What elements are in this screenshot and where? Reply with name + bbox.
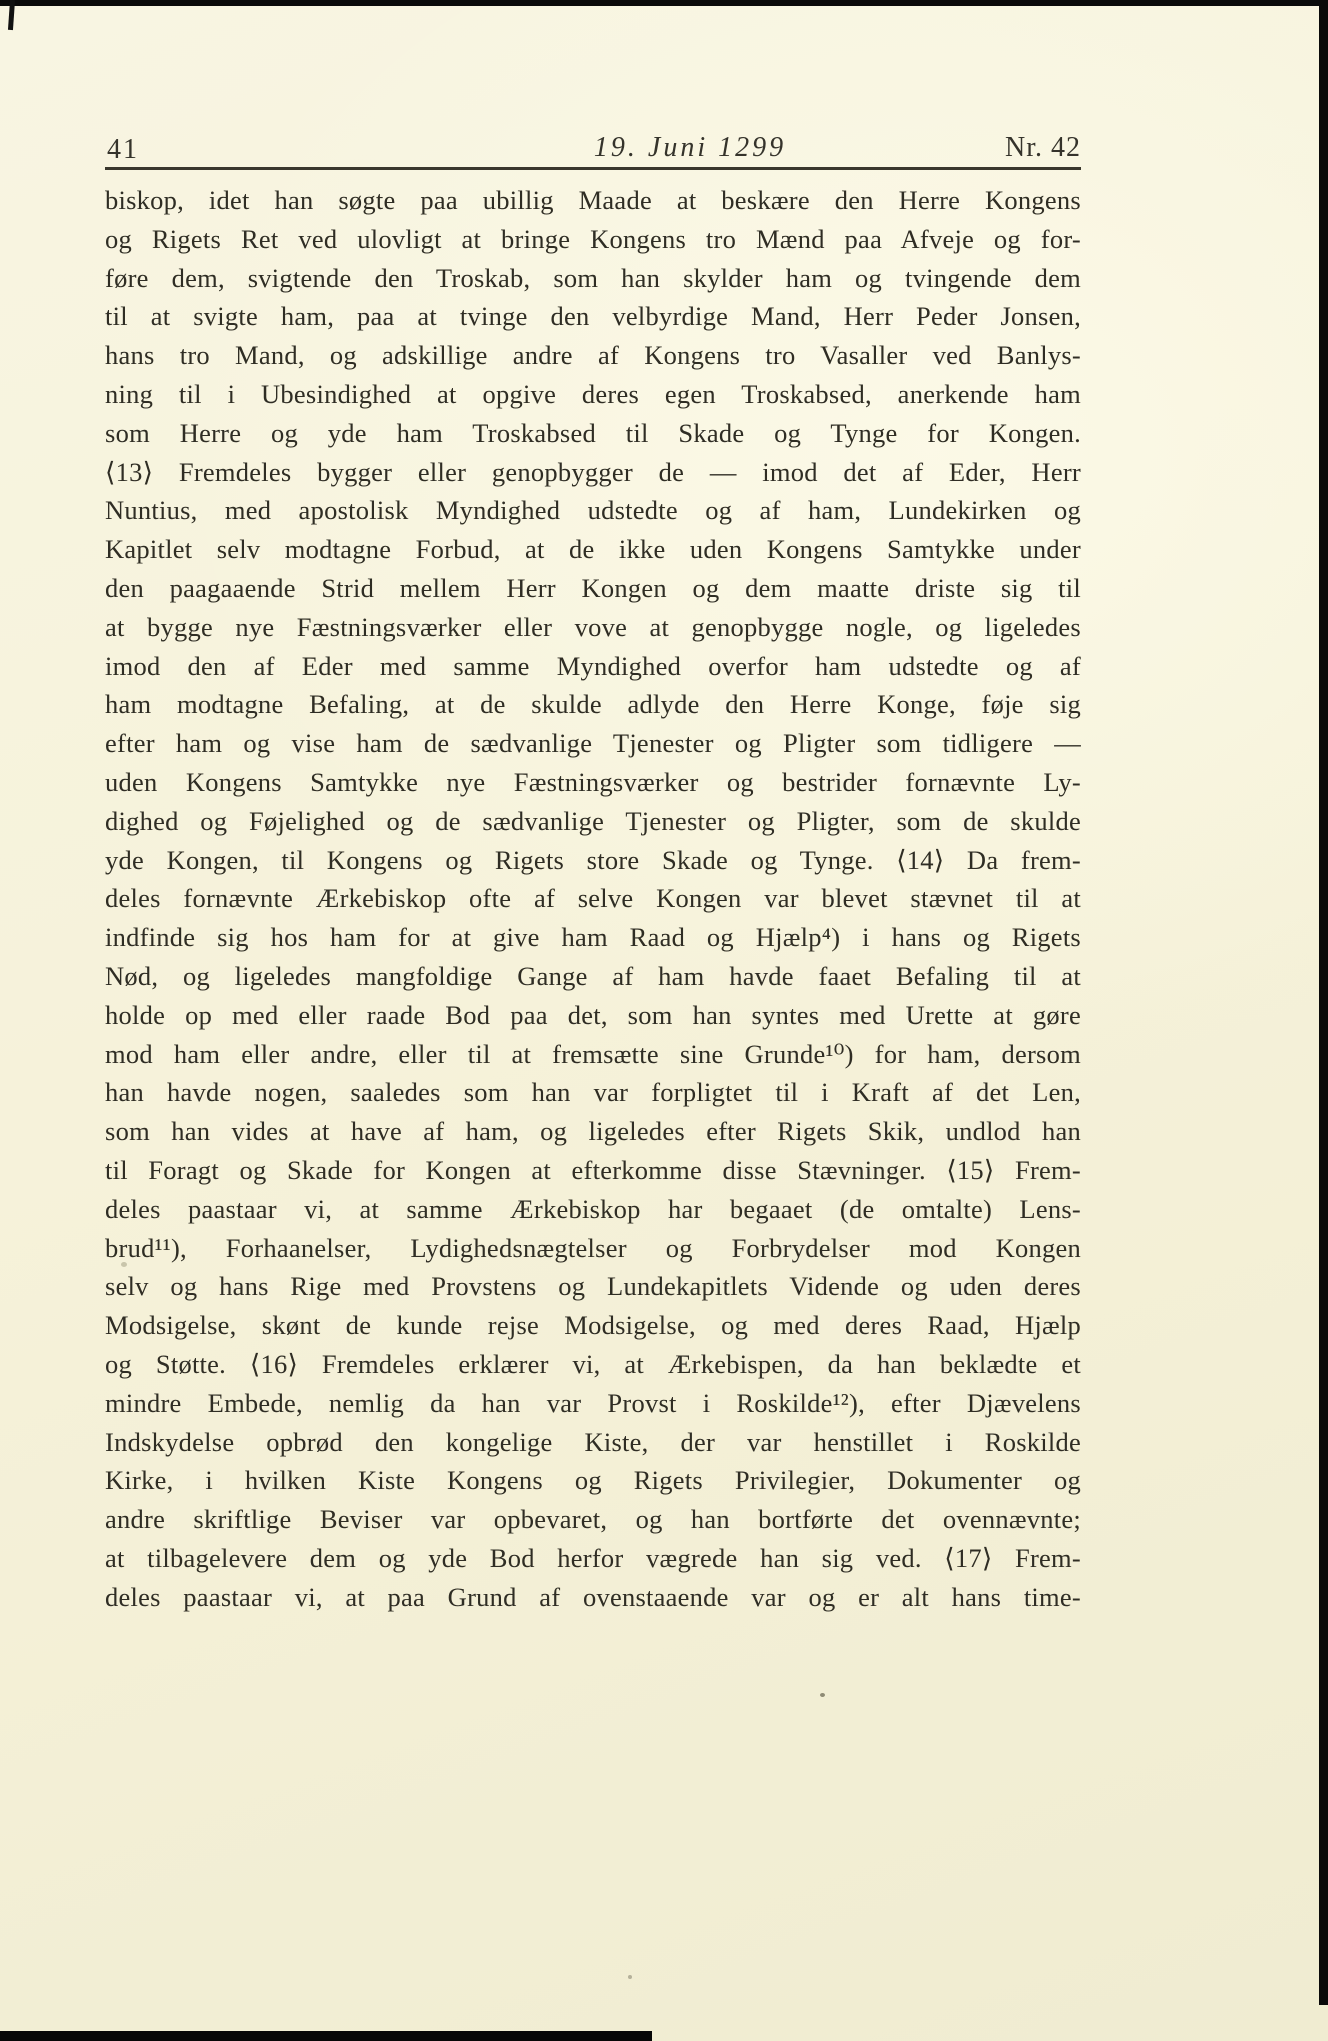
text-line: ning til i Ubesindighed at opgive deres … (105, 375, 1081, 414)
text-line: ham modtagne Befaling, at de skulde adly… (105, 685, 1081, 724)
scan-speck (628, 1975, 632, 1979)
text-line: efter ham og vise ham de sædvanlige Tjen… (105, 724, 1081, 763)
text-line: biskop, idet han søgte paa ubillig Maade… (105, 181, 1081, 220)
text-line: brud¹¹), Forhaanelser, Lydighedsnægtelse… (105, 1229, 1081, 1268)
body-text: biskop, idet han søgte paa ubillig Maade… (105, 181, 1081, 1616)
text-line: og Støtte. ⟨16⟩ Fremdeles erklærer vi, a… (105, 1345, 1081, 1384)
text-line: som han vides at have af ham, og ligeled… (105, 1112, 1081, 1151)
text-line: deles fornævnte Ærkebiskop ofte af selve… (105, 879, 1081, 918)
text-line: mod ham eller andre, eller til at fremsæ… (105, 1035, 1081, 1074)
text-line: mindre Embede, nemlig da han var Provst … (105, 1384, 1081, 1423)
text-line: deles paastaar vi, at samme Ærkebiskop h… (105, 1190, 1081, 1229)
text-line: som Herre og yde ham Troskabsed til Skad… (105, 414, 1081, 453)
page-header: 41 19. Juni 1299 Nr. 42 (105, 128, 1081, 166)
text-line: ⟨13⟩ Fremdeles bygger eller genopbygger … (105, 453, 1081, 492)
book-page: 41 19. Juni 1299 Nr. 42 biskop, idet han… (0, 0, 1328, 2041)
text-line: og Rigets Ret ved ulovligt at bringe Kon… (105, 220, 1081, 259)
scan-border-right (1319, 5, 1328, 2005)
text-line: deles paastaar vi, at paa Grund af ovens… (105, 1578, 1081, 1617)
scan-border-top (0, 0, 1328, 6)
text-line: Kirke, i hvilken Kiste Kongens og Rigets… (105, 1461, 1081, 1500)
text-line: føre dem, svigtende den Troskab, som han… (105, 259, 1081, 298)
scan-speck (121, 1262, 127, 1267)
text-line: hans tro Mand, og adskillige andre af Ko… (105, 336, 1081, 375)
text-line: at tilbagelevere dem og yde Bod herfor v… (105, 1539, 1081, 1578)
text-line: holde op med eller raade Bod paa det, so… (105, 996, 1081, 1035)
text-line: til Foragt og Skade for Kongen at efterk… (105, 1151, 1081, 1190)
text-line: han havde nogen, saaledes som han var fo… (105, 1073, 1081, 1112)
text-line: selv og hans Rige med Provstens og Lunde… (105, 1267, 1081, 1306)
scan-corner-mark (8, 0, 15, 30)
text-line: Indskydelse opbrød den kongelige Kiste, … (105, 1423, 1081, 1462)
text-line: uden Kongens Samtykke nye Fæstningsværke… (105, 763, 1081, 802)
text-line: Modsigelse, skønt de kunde rejse Modsige… (105, 1306, 1081, 1345)
scan-speck (820, 1693, 825, 1697)
scan-border-bottom (0, 2031, 652, 2041)
text-line: at bygge nye Fæstningsværker eller vove … (105, 608, 1081, 647)
text-line: den paagaaende Strid mellem Herr Kongen … (105, 569, 1081, 608)
text-line: Kapitlet selv modtagne Forbud, at de ikk… (105, 530, 1081, 569)
text-line: indfinde sig hos ham for at give ham Raa… (105, 918, 1081, 957)
header-rule (105, 167, 1081, 170)
text-line: Nød, og ligeledes mangfoldige Gange af h… (105, 957, 1081, 996)
running-head-date: 19. Juni 1299 (594, 132, 786, 164)
text-line: til at svigte ham, paa at tvinge den vel… (105, 297, 1081, 336)
text-line: andre skriftlige Beviser var opbevaret, … (105, 1500, 1081, 1539)
text-line: Nuntius, med apostolisk Myndighed udsted… (105, 491, 1081, 530)
page-number: 41 (107, 134, 139, 166)
document-number: Nr. 42 (1005, 132, 1081, 164)
text-line: yde Kongen, til Kongens og Rigets store … (105, 841, 1081, 880)
text-line: imod den af Eder med samme Myndighed ove… (105, 647, 1081, 686)
text-line: dighed og Føjelighed og de sædvanlige Tj… (105, 802, 1081, 841)
